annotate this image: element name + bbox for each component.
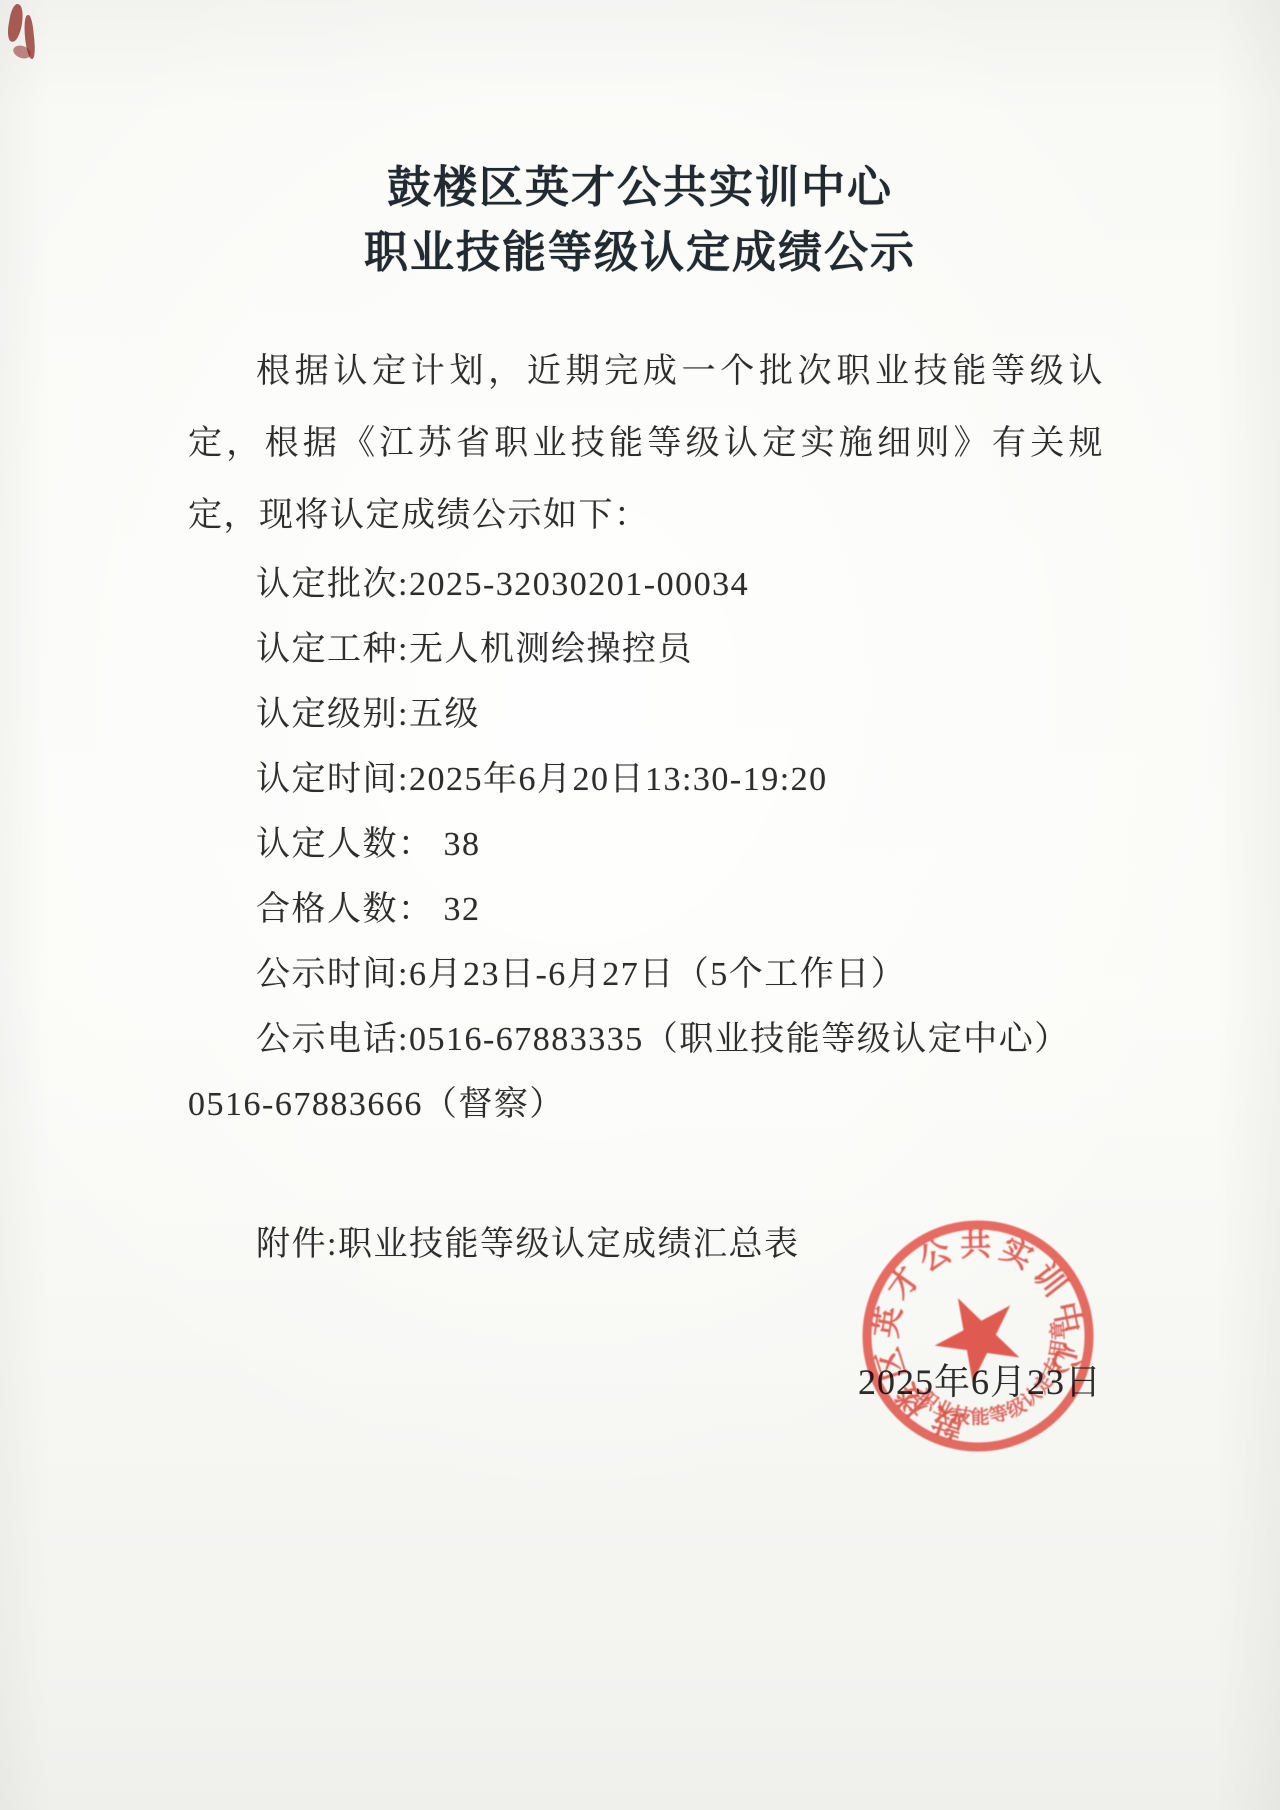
svg-text:章: 章 — [1047, 1320, 1071, 1341]
field-publicity-phones: 公示电话:0516-67883335（职业技能等级认定中心）0516-67883… — [188, 1007, 1104, 1137]
field-occupation: 认定工种:无人机测绘操控员 — [188, 617, 1104, 682]
document-title: 鼓楼区英才公共实训中心 职业技能等级认定成绩公示 — [0, 155, 1280, 285]
svg-text:英: 英 — [868, 1304, 907, 1340]
intro-paragraph: 根据认定计划，近期完成一个批次职业技能等级认定，根据《江苏省职业技能等级认定实施… — [188, 336, 1104, 552]
svg-text:共: 共 — [960, 1227, 992, 1263]
ink-stroke — [6, 3, 25, 43]
corner-ink-marks — [0, 0, 60, 80]
title-line-2: 职业技能等级认定成绩公示 — [0, 220, 1280, 285]
star-icon — [920, 1278, 1034, 1390]
document-page: 鼓楼区英才公共实训中心 职业技能等级认定成绩公示 根据认定计划，近期完成一个批次… — [0, 0, 1280, 1810]
field-candidate-count: 认定人数： 38 — [188, 812, 1104, 877]
document-body: 根据认定计划，近期完成一个批次职业技能等级认定，根据《江苏省职业技能等级认定实施… — [188, 336, 1104, 1277]
field-publicity-period: 公示时间:6月23日-6月27日（5个工作日） — [188, 942, 1104, 1007]
field-assessment-time: 认定时间:2025年6月20日13:30-19:20 — [188, 747, 1104, 812]
field-passed-count: 合格人数： 32 — [188, 877, 1104, 942]
title-line-1: 鼓楼区英才公共实训中心 — [0, 155, 1280, 220]
field-batch-number: 认定批次:2025-32030201-00034 — [188, 552, 1104, 617]
field-level: 认定级别:五级 — [188, 682, 1104, 747]
